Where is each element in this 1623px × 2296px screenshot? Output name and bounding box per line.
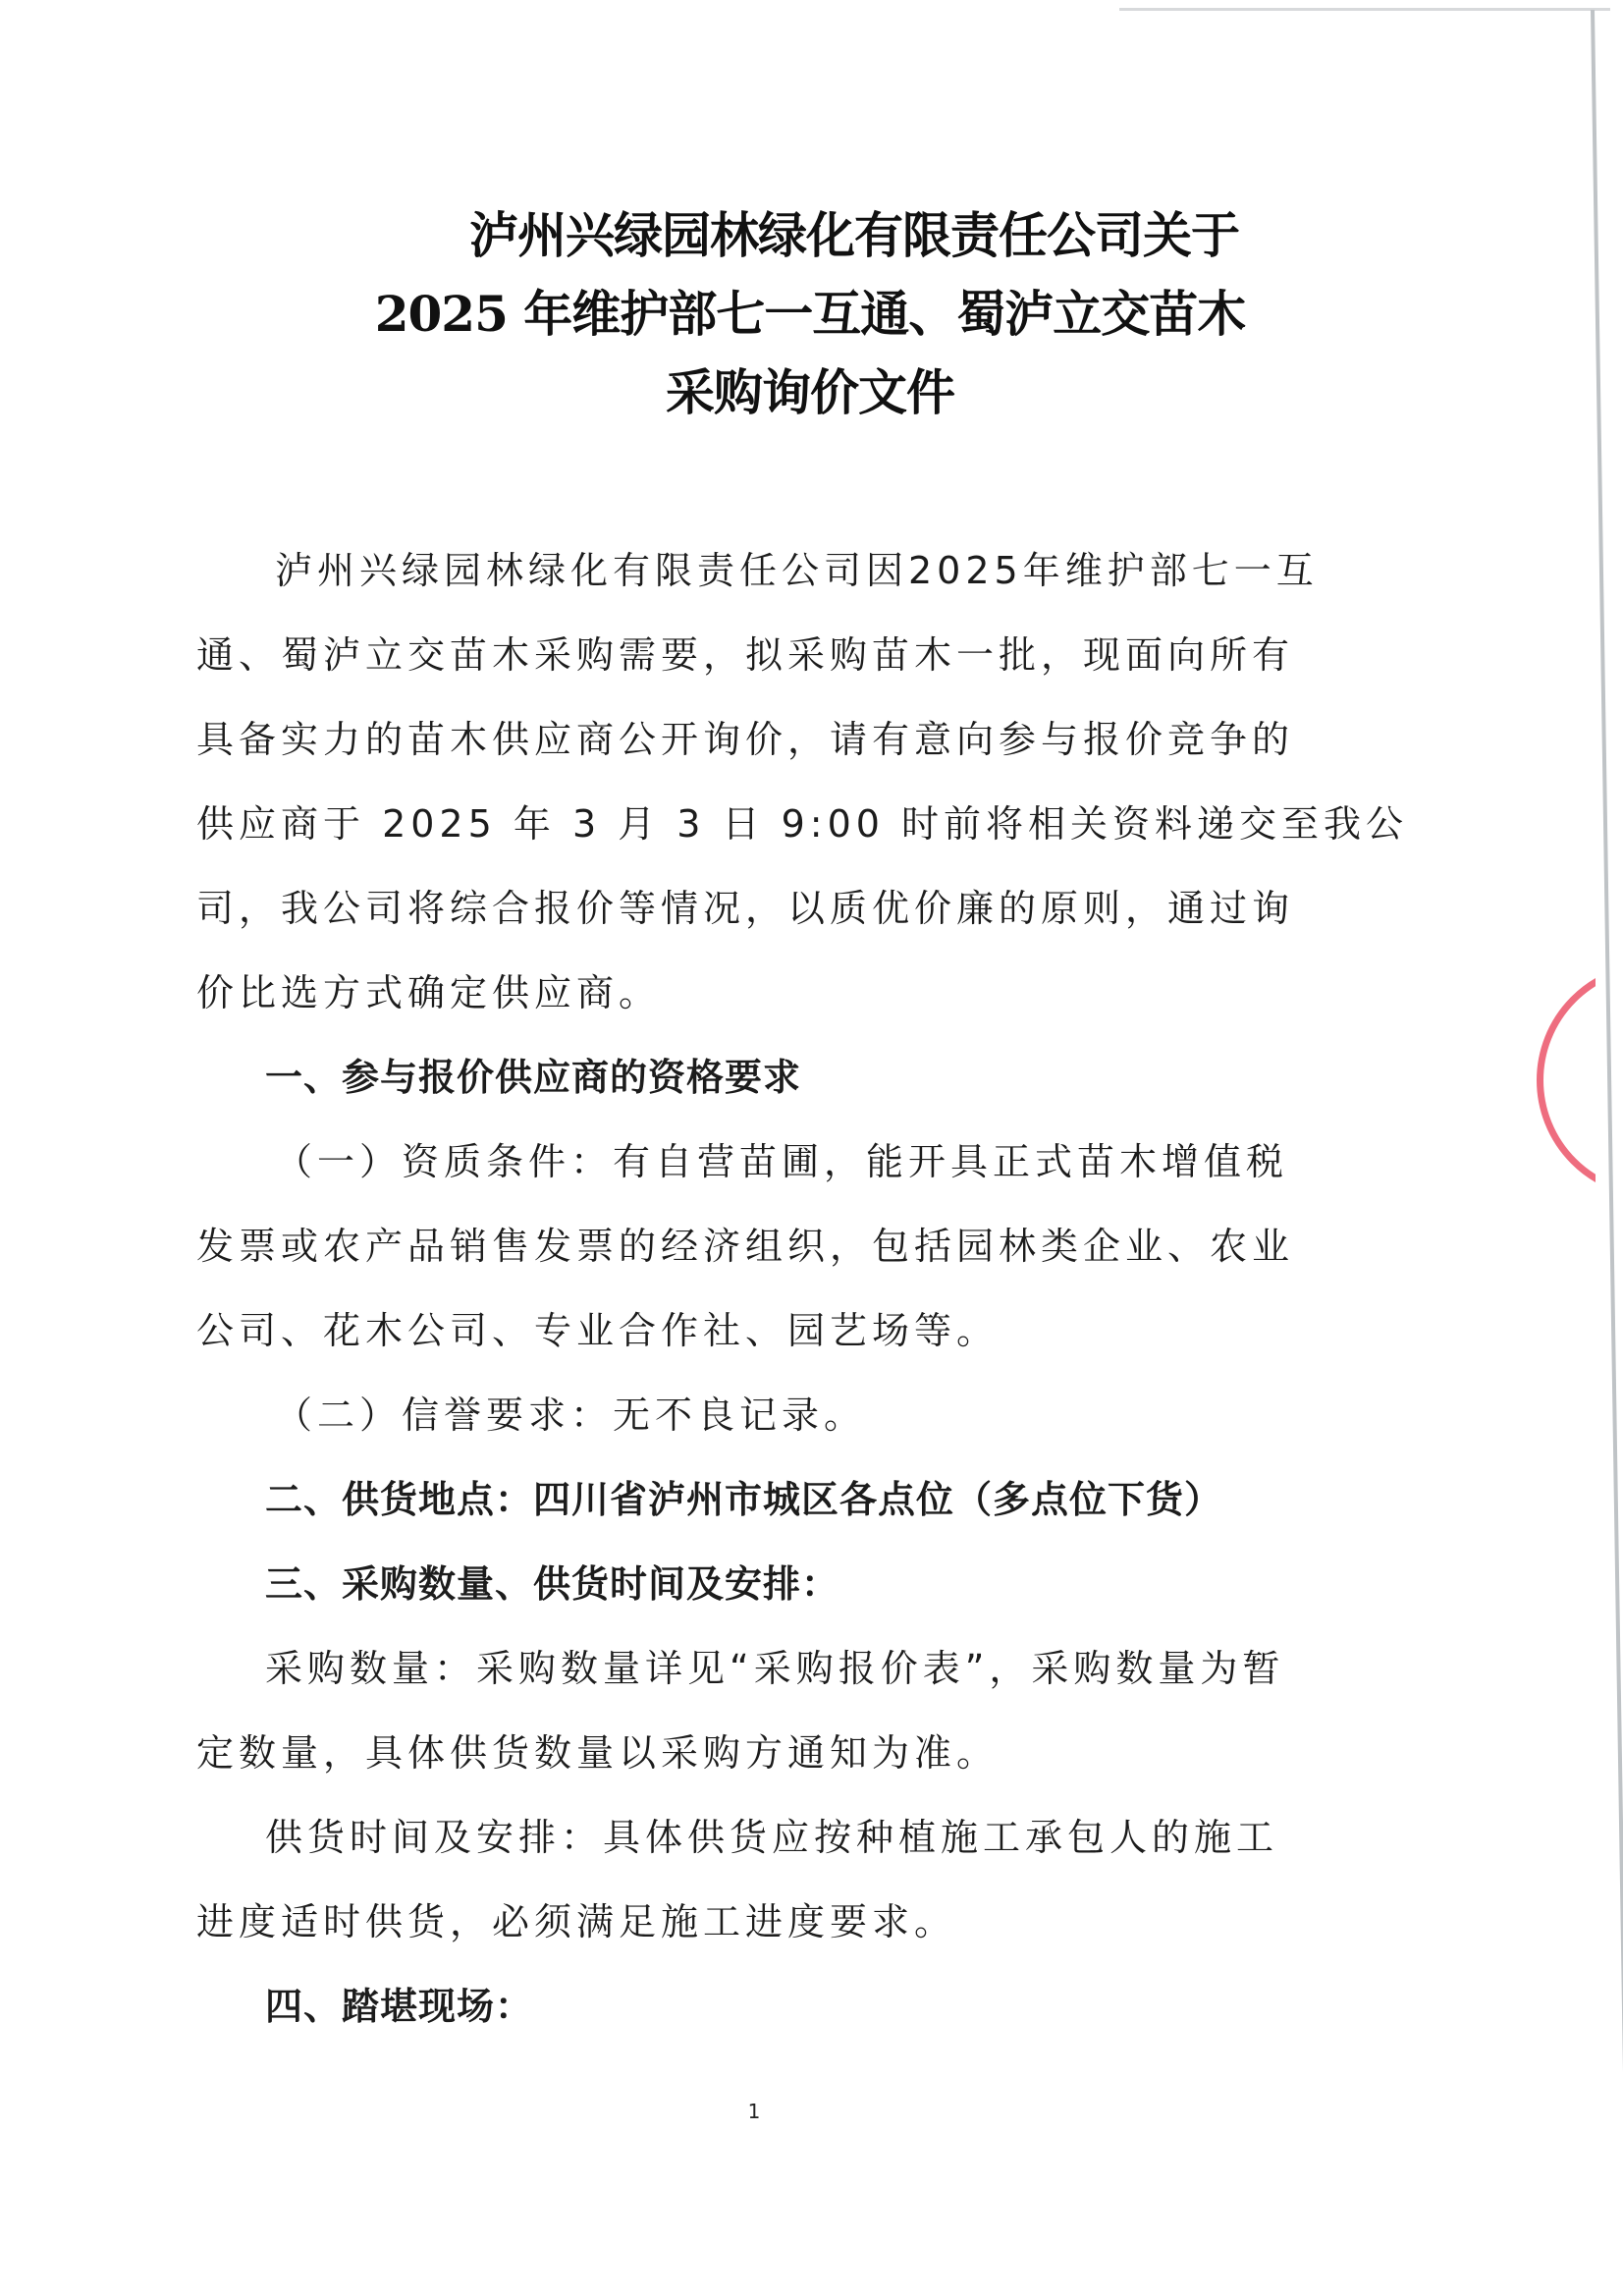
section-4-heading: 四、踏堪现场： xyxy=(196,1964,1355,2049)
section-3-heading: 三、采购数量、供货时间及安排： xyxy=(196,1542,1355,1626)
intro-line-3: 具备实力的苗木供应商公开询价，请有意向参与报价竞争的 xyxy=(196,697,1355,782)
section-1-item-1-line-1: （一）资质条件：有自营苗圃，能开具正式苗木增值税 xyxy=(196,1120,1355,1204)
section-2-heading: 二、供货地点：四川省泸州市城区各点位（多点位下货） xyxy=(196,1457,1355,1542)
section-3-schedule-line-2: 进度适时供货，必须满足施工进度要求。 xyxy=(196,1880,1355,1964)
scan-edge-top xyxy=(1119,8,1610,11)
intro-line-4: 供应商于 2025 年 3 月 3 日 9:00 时前将相关资料递交至我公 xyxy=(196,782,1355,866)
document-title: 泸州兴绿园林绿化有限责任公司关于 2025 年维护部七一互通、蜀泸立交苗木 采购… xyxy=(245,196,1375,432)
title-line-1: 泸州兴绿园林绿化有限责任公司关于 xyxy=(245,196,1375,275)
section-3-quantity-line-1: 采购数量：采购数量详见“采购报价表”，采购数量为暂 xyxy=(196,1626,1355,1711)
intro-line-6: 价比选方式确定供应商。 xyxy=(196,951,1355,1035)
page-number: 1 xyxy=(742,2100,766,2123)
intro-line-1: 泸州兴绿园林绿化有限责任公司因2025年维护部七一互 xyxy=(196,528,1355,613)
intro-line-5: 司，我公司将综合报价等情况，以质优价廉的原则，通过询 xyxy=(196,866,1355,951)
title-line-2: 2025 年维护部七一互通、蜀泸立交苗木 xyxy=(245,275,1375,354)
section-1-item-2: （二）信誉要求：无不良记录。 xyxy=(196,1373,1355,1457)
section-1-heading: 一、参与报价供应商的资格要求 xyxy=(196,1035,1355,1120)
intro-line-2: 通、蜀泸立交苗木采购需要，拟采购苗木一批，现面向所有 xyxy=(196,613,1355,697)
section-3-schedule-line-1: 供货时间及安排：具体供货应按种植施工承包人的施工 xyxy=(196,1795,1355,1880)
document-page: 泸州兴绿园林绿化有限责任公司关于 2025 年维护部七一互通、蜀泸立交苗木 采购… xyxy=(0,0,1623,2296)
title-line-3: 采购询价文件 xyxy=(245,354,1375,432)
section-1-item-1-line-2: 发票或农产品销售发票的经济组织，包括园林类企业、农业 xyxy=(196,1204,1355,1288)
section-3-quantity-line-2: 定数量，具体供货数量以采购方通知为准。 xyxy=(196,1711,1355,1795)
section-1-item-1-line-3: 公司、花木公司、专业合作社、园艺场等。 xyxy=(196,1288,1355,1373)
document-body: 泸州兴绿园林绿化有限责任公司因2025年维护部七一互 通、蜀泸立交苗木采购需要，… xyxy=(196,528,1355,2049)
